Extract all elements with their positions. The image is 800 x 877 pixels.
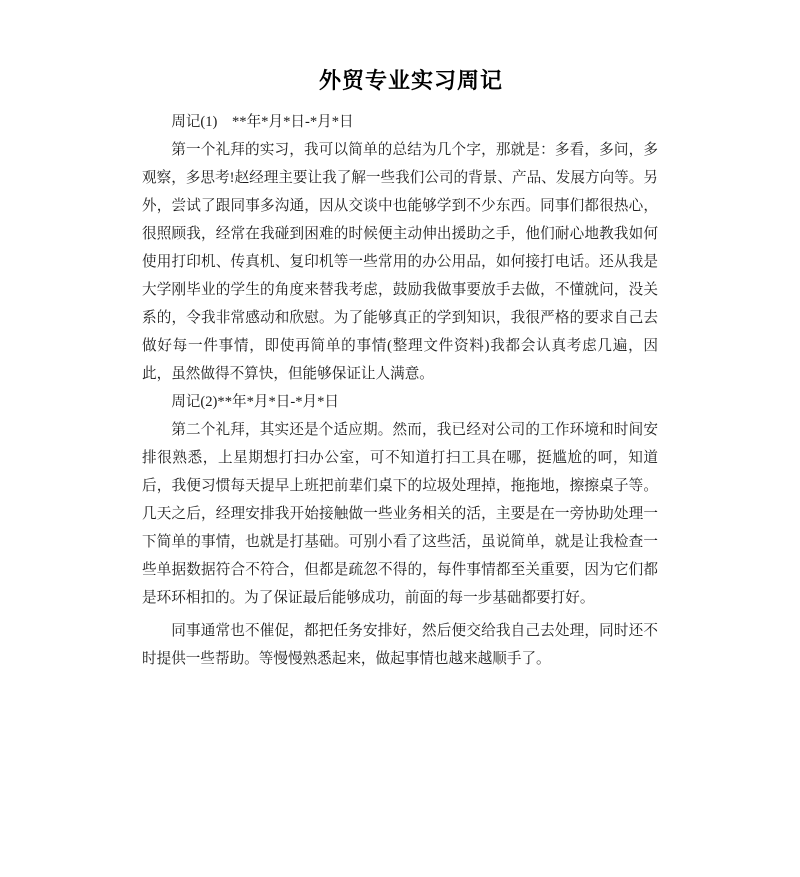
paragraph-week1-body: 第一个礼拜的实习，我可以简单的总结为几个字，那就是：多看，多问，多观察，多思考!… — [142, 136, 658, 388]
paragraph-week2-body: 第二个礼拜，其实还是个适应期。然而，我已经对公司的工作环境和时间安排很熟悉，上星… — [142, 416, 658, 612]
document-title: 外贸专业实习周记 — [153, 64, 669, 95]
document-body: 周记(1) **年*月*日-*月*日 第一个礼拜的实习，我可以简单的总结为几个字… — [142, 108, 658, 673]
paragraph-week2-closing: 同事通常也不催促，都把任务安排好，然后便交给我自己去处理，同时还不时提供一些帮助… — [142, 617, 658, 673]
document-page: 外贸专业实习周记 周记(1) **年*月*日-*月*日 第一个礼拜的实习，我可以… — [0, 0, 800, 877]
paragraph-week1-heading: 周记(1) **年*月*日-*月*日 — [142, 108, 658, 136]
paragraph-week2-heading: 周记(2)**年*月*日-*月*日 — [142, 388, 658, 416]
